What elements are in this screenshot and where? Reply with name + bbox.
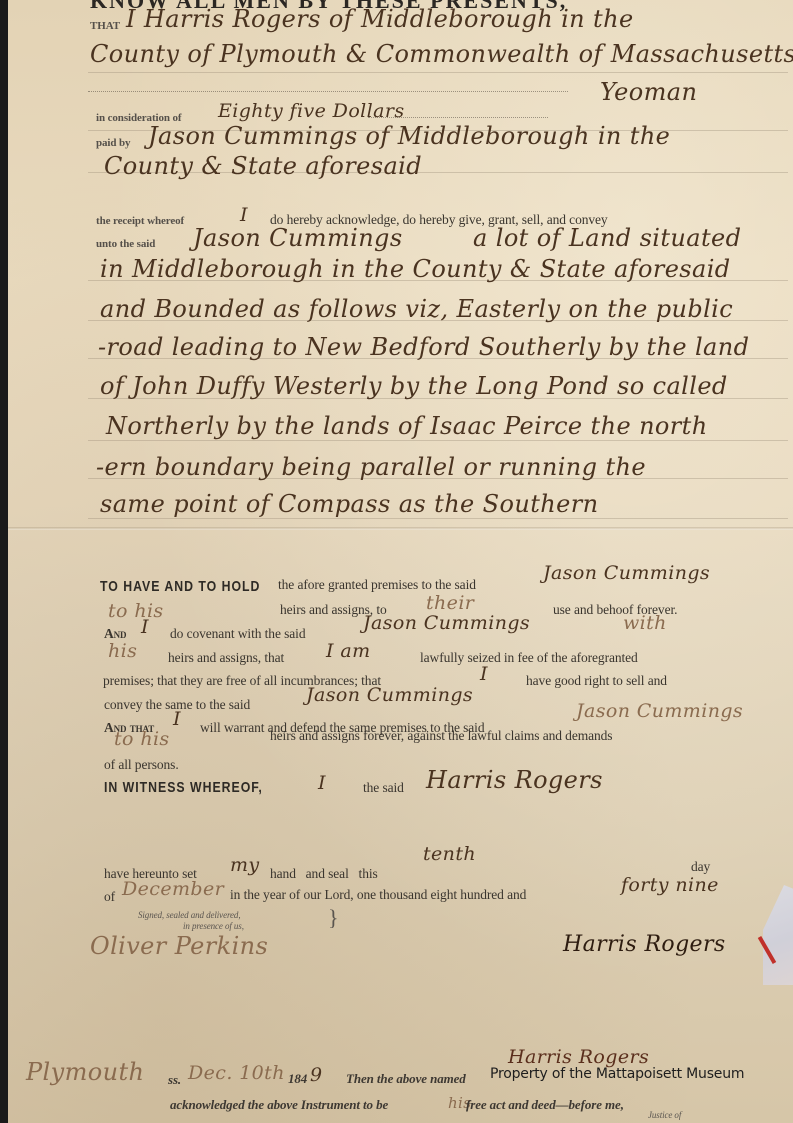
description-line-7: -ern boundary being parallel or running … (96, 453, 646, 481)
ack-text-2: acknowledged the above Instrument to be (170, 1097, 388, 1113)
day-label: day (691, 859, 710, 875)
witness-heading: IN WITNESS WHEREOF, (104, 779, 263, 796)
payer-line-2: County & State aforesaid (104, 152, 422, 180)
witness-pronoun: I (318, 772, 326, 794)
signed-line-1: Signed, sealed and delivered, (138, 910, 241, 920)
receipt-label: the receipt whereof (96, 215, 184, 227)
of-label: of (104, 889, 115, 905)
hand-seal-label: hand and seal this (270, 866, 378, 882)
covenant-with: with (623, 612, 667, 634)
covenant-heirs: heirs and assigns, that (168, 650, 284, 666)
witness-said-label: the said (363, 780, 404, 796)
convey-grantee: Jason Cummings (306, 684, 473, 706)
museum-watermark: Property of the Mattapoisett Museum (490, 1066, 744, 1082)
habendum-to-his: to his (108, 600, 164, 622)
witness-signature: Oliver Perkins (90, 932, 268, 960)
covenant-grantee: Jason Cummings (363, 612, 530, 634)
warrant-to-his: to his (114, 728, 170, 750)
habendum-grantee: Jason Cummings (543, 562, 710, 584)
year-text: in the year of our Lord, one thousand ei… (230, 887, 526, 903)
covenant-pronoun-2: I (480, 663, 488, 685)
brace: } (328, 905, 339, 931)
ack-named-person: Harris Rogers (508, 1046, 649, 1068)
grantee-name: Jason Cummings (193, 224, 403, 252)
grantor-line-2: County of Plymouth & Commonwealth of Mas… (90, 40, 793, 68)
year-value: forty nine (621, 874, 719, 896)
unto-label: unto the said (96, 238, 155, 250)
ruled-line (88, 440, 788, 441)
grantor-line-1: I Harris Rogers of Middleborough in the (126, 5, 634, 33)
habendum-heading: TO HAVE AND TO HOLD (100, 578, 260, 595)
warrant-grantee: Jason Cummings (576, 700, 743, 722)
grantor-signature: Harris Rogers (563, 932, 726, 957)
paper-fold-line (8, 527, 793, 530)
deed-document: KNOW ALL MEN BY THESE PRESENTS, THAT I H… (8, 0, 793, 1123)
ruled-line (88, 72, 788, 73)
habendum-line-1: the afore granted premises to the said (278, 577, 476, 593)
month-value: December (122, 878, 224, 900)
covenant-i-am: I am (326, 640, 371, 662)
ack-justice-label: Justice of (648, 1110, 681, 1120)
description-line-3: and Bounded as follows viz, Easterly on … (100, 295, 733, 323)
warrant-pronoun: I (173, 708, 181, 730)
consideration-amount: Eighty five Dollars (218, 100, 404, 122)
description-line-1: a lot of Land situated (473, 224, 741, 252)
all-persons: of all persons. (104, 757, 179, 773)
covenant-text: do covenant with the said (170, 626, 305, 642)
set-my: my (230, 854, 260, 876)
paid-by-label: paid by (96, 137, 130, 149)
signed-line-2: in presence of us, (183, 921, 244, 931)
covenant-his: his (108, 640, 137, 662)
description-line-2: in Middleborough in the County & State a… (100, 255, 731, 283)
ack-date: Dec. 10th (188, 1062, 285, 1084)
payer-line-1: Jason Cummings of Middleborough in the (148, 122, 670, 150)
ack-county: Plymouth (26, 1058, 144, 1086)
covenant-seized: lawfully seized in fee of the aforegrant… (420, 650, 638, 666)
ack-text-3: free act and deed—before me, (466, 1097, 624, 1113)
ack-text-1: Then the above named (346, 1071, 466, 1087)
that-label: THAT (90, 20, 120, 32)
receipt-pronoun: I (240, 204, 248, 226)
wax-seal-paper (763, 885, 793, 985)
covenant-pronoun: I (141, 616, 149, 638)
witness-grantor-name: Harris Rogers (426, 766, 603, 794)
description-line-4: -road leading to New Bedford Southerly b… (98, 333, 749, 361)
grantor-occupation: Yeoman (600, 78, 697, 106)
ack-year-print: 184 (288, 1071, 307, 1087)
description-line-6: Northerly by the lands of Isaac Peirce t… (106, 412, 708, 440)
ack-year-hand: 9 (310, 1064, 323, 1086)
dotted-fill-line (88, 91, 568, 92)
description-line-5: of John Duffy Westerly by the Long Pond … (100, 372, 728, 400)
description-line-8: same point of Compass as the Southern (100, 490, 598, 518)
day-value: tenth (423, 843, 476, 865)
warrant-heirs-forever: heirs and assigns forever, against the l… (270, 728, 612, 744)
habendum-their: their (426, 592, 474, 614)
covenant-right: have good right to sell and (526, 673, 667, 689)
ruled-line (88, 518, 788, 519)
ack-ss: ss. (168, 1072, 181, 1088)
